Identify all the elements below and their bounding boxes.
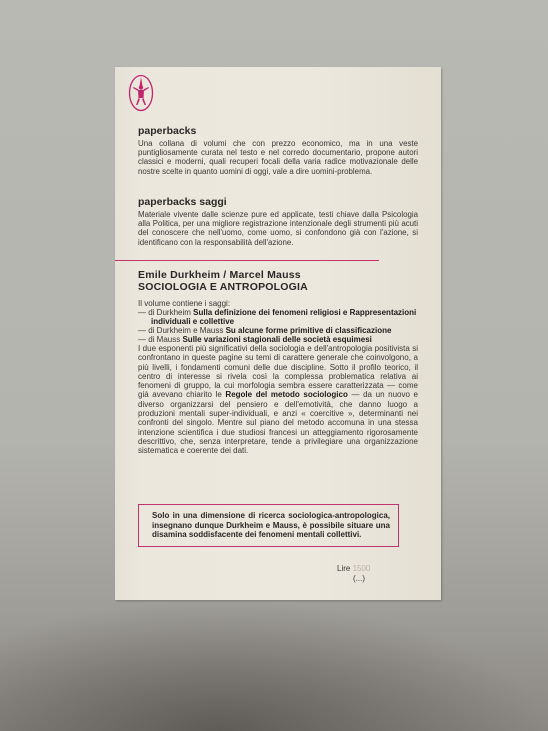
price-label: Lire (337, 564, 350, 573)
series-description: Materiale vivente dalle scienze pure ed … (138, 210, 418, 247)
series-title: paperbacks saggi (138, 196, 418, 208)
contents-intro: Il volume contiene i saggi: (138, 299, 418, 308)
floor-shadow (0, 600, 548, 731)
essay-author: — di Durkheim e Mauss (138, 326, 226, 335)
book-info: Emile Durkheim / Marcel Mauss SOCIOLOGIA… (138, 269, 418, 456)
cited-work-title: Regole del metodo sociologico (225, 390, 347, 399)
book-description: I due esponenti più significativi della … (138, 344, 418, 456)
book-title: SOCIOLOGIA E ANTROPOLOGIA (138, 281, 418, 293)
series-description: Una collana di volumi che con prezzo eco… (138, 139, 418, 176)
description-text: — da un nuovo e diverso organizzarsi del… (138, 390, 418, 455)
price: Lire 1500 (337, 564, 370, 574)
essay-item: — di Mauss Sulle variazioni stagionali d… (138, 335, 418, 344)
essay-title: Su alcune forme primitive di classificaz… (226, 326, 392, 335)
essay-item: — di Durkheim e Mauss Su alcune forme pr… (138, 326, 418, 335)
essay-list: Il volume contiene i saggi: — di Durkhei… (138, 299, 418, 344)
price-value: 1500 (353, 564, 371, 573)
series-paperbacks-saggi: paperbacks saggi Materiale vivente dalle… (138, 196, 418, 247)
series-title: paperbacks (138, 125, 418, 137)
jester-in-oval-icon (128, 74, 154, 112)
series-paperbacks: paperbacks Una collana di volumi che con… (138, 125, 418, 176)
essay-item: — di Durkheim Sulla definizione dei feno… (138, 308, 418, 326)
price-note: (...) (353, 574, 365, 583)
book-authors: Emile Durkheim / Marcel Mauss (138, 269, 418, 281)
divider-rule (115, 260, 379, 261)
book-back-cover: paperbacks Una collana di volumi che con… (115, 67, 441, 600)
essay-author: — di Durkheim (138, 308, 193, 317)
highlight-quote-box: Solo in una dimensione di ricerca sociol… (138, 504, 399, 547)
essay-author: — di Mauss (138, 335, 182, 344)
essay-title: Sulle variazioni stagionali delle societ… (182, 335, 371, 344)
